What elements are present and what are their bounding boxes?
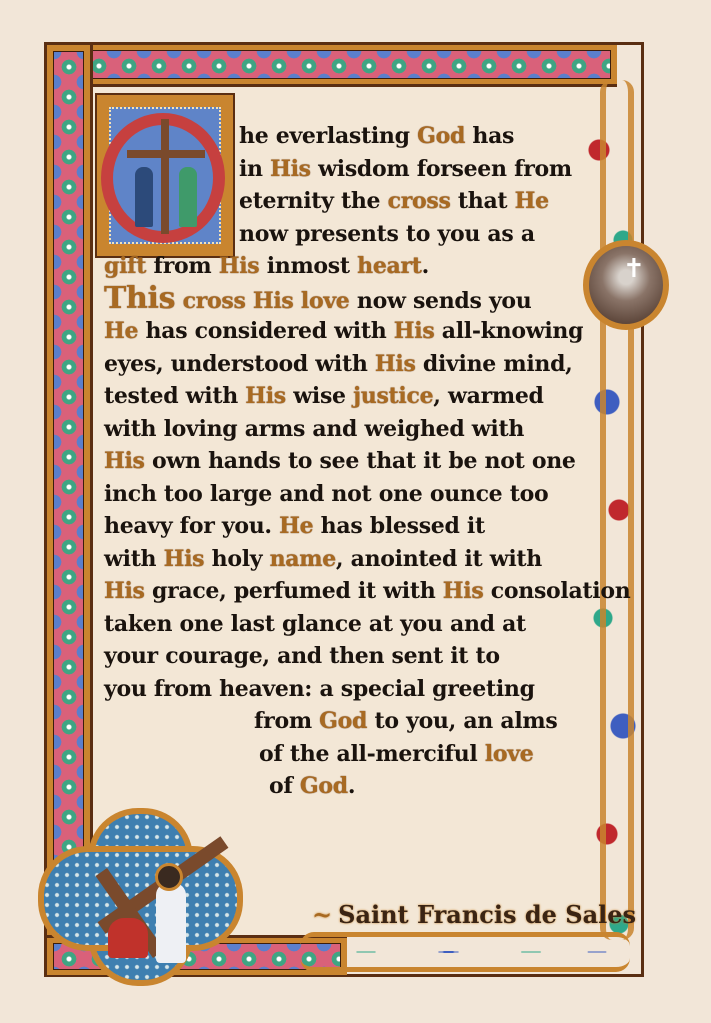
text-segment: from xyxy=(254,708,319,734)
gilded-word: He xyxy=(515,188,549,214)
christ-figure xyxy=(156,883,186,963)
top-mosaic-border xyxy=(47,45,617,87)
text-segment: you from heaven: a special greeting xyxy=(104,676,535,702)
text-segment: he everlasting xyxy=(239,123,417,149)
text-segment: now presents to you as a xyxy=(239,221,535,247)
gilded-word: God xyxy=(319,708,367,734)
text-segment: . xyxy=(422,253,429,279)
gilded-word: His xyxy=(219,253,260,279)
halo-icon xyxy=(155,863,183,891)
text-segment: tested with xyxy=(104,383,245,409)
text-segment: has considered with xyxy=(138,318,394,344)
text-segment: grace, perfumed it with xyxy=(145,578,443,604)
quotation-text: he everlasting God hasin His wisdom fors… xyxy=(104,120,604,803)
signature: ~Saint Francis de Sales xyxy=(312,900,636,929)
kneeling-figure xyxy=(108,918,148,958)
text-segment: own hands to see that it be not one xyxy=(145,448,576,474)
text-segment: consolation xyxy=(483,578,630,604)
text-segment: . xyxy=(348,773,355,799)
text-line: you from heaven: a special greeting xyxy=(104,673,604,706)
text-line: gift from His inmost heart. xyxy=(104,250,604,283)
text-segment: with xyxy=(104,546,164,572)
gilded-word: His xyxy=(104,448,145,474)
signature-flourish: ~ xyxy=(312,900,332,929)
gilded-word: love xyxy=(301,288,350,314)
gilded-word: justice xyxy=(353,383,433,409)
gilded-word: His xyxy=(245,383,286,409)
text-segment: wisdom forseen from xyxy=(311,156,572,182)
text-line: of the all-merciful love xyxy=(104,738,604,771)
gilded-word: His xyxy=(104,578,145,604)
gilded-word: He xyxy=(279,513,313,539)
gilded-word: His xyxy=(394,318,435,344)
text-segment: holy xyxy=(204,546,269,572)
gilded-word: His xyxy=(375,351,416,377)
text-segment: wise xyxy=(286,383,353,409)
text-line: with His holy name, anointed it with xyxy=(104,543,604,576)
text-segment: from xyxy=(146,253,219,279)
text-segment: taken one last glance at you and at xyxy=(104,611,526,637)
text-line: he everlasting God has xyxy=(104,120,604,153)
text-segment: divine mind, xyxy=(416,351,573,377)
text-line: inch too large and not one ounce too xyxy=(104,478,604,511)
text-line: from God to you, an alms xyxy=(104,705,604,738)
text-line: tested with His wise justice, warmed xyxy=(104,380,604,413)
illuminated-page: ✝ he everlasting God hasin His wisdom fo… xyxy=(0,0,711,1023)
gilded-word: He xyxy=(104,318,138,344)
mosaic-pattern xyxy=(53,50,611,79)
text-segment: eternity the xyxy=(239,188,388,214)
signature-text: Saint Francis de Sales xyxy=(338,900,636,929)
text-segment: inmost xyxy=(259,253,357,279)
text-segment xyxy=(175,288,182,314)
cross-icon: ✝ xyxy=(623,256,645,282)
gilded-word: God xyxy=(300,773,348,799)
text-line: eternity the cross that He xyxy=(104,185,604,218)
text-segment: of xyxy=(269,773,300,799)
text-segment: , anointed it with xyxy=(336,546,542,572)
text-segment: to you, an alms xyxy=(367,708,557,734)
gilded-word: cross xyxy=(183,288,246,314)
gilded-word: His xyxy=(253,288,294,314)
text-line: This cross His love now sends you xyxy=(104,283,604,316)
text-line: taken one last glance at you and at xyxy=(104,608,604,641)
quatrefoil-illustration xyxy=(38,808,243,986)
text-segment: , warmed xyxy=(433,383,543,409)
text-line: your courage, and then sent it to xyxy=(104,640,604,673)
gilded-word: God xyxy=(417,123,465,149)
text-segment: inch too large and not one ounce too xyxy=(104,481,548,507)
text-segment: of the all-merciful xyxy=(259,741,485,767)
text-line: heavy for you. He has blessed it xyxy=(104,510,604,543)
text-segment: all-knowing xyxy=(434,318,583,344)
bottom-vine-border xyxy=(300,932,630,972)
text-segment: now sends you xyxy=(350,288,532,314)
gilded-word: gift xyxy=(104,253,146,279)
text-segment: eyes, understood with xyxy=(104,351,375,377)
gilded-word: His xyxy=(270,156,311,182)
text-segment: in xyxy=(239,156,270,182)
gilded-word: His xyxy=(164,546,205,572)
text-segment: has blessed it xyxy=(313,513,485,539)
gilded-word: heart xyxy=(357,253,422,279)
text-line: He has considered with His all-knowing xyxy=(104,315,604,348)
text-segment: heavy for you. xyxy=(104,513,279,539)
gilded-word: His xyxy=(443,578,484,604)
text-segment: has xyxy=(465,123,514,149)
text-line: with loving arms and weighed with xyxy=(104,413,604,446)
gilded-word: love xyxy=(485,741,534,767)
vine-stem-ornament xyxy=(600,80,634,940)
text-segment: your courage, and then sent it to xyxy=(104,643,500,669)
gilded-word: cross xyxy=(388,188,451,214)
text-line: in His wisdom forseen from xyxy=(104,153,604,186)
text-segment: that xyxy=(451,188,515,214)
text-line: His grace, perfumed it with His consolat… xyxy=(104,575,604,608)
text-segment xyxy=(294,288,301,314)
text-line: now presents to you as a xyxy=(104,218,604,251)
text-segment: with loving arms and weighed with xyxy=(104,416,524,442)
text-line: eyes, understood with His divine mind, xyxy=(104,348,604,381)
text-line: of God. xyxy=(104,770,604,803)
text-segment xyxy=(246,288,253,314)
gilded-word: name xyxy=(270,546,336,572)
text-line: His own hands to see that it be not one xyxy=(104,445,604,478)
text-segment: This xyxy=(104,281,175,316)
